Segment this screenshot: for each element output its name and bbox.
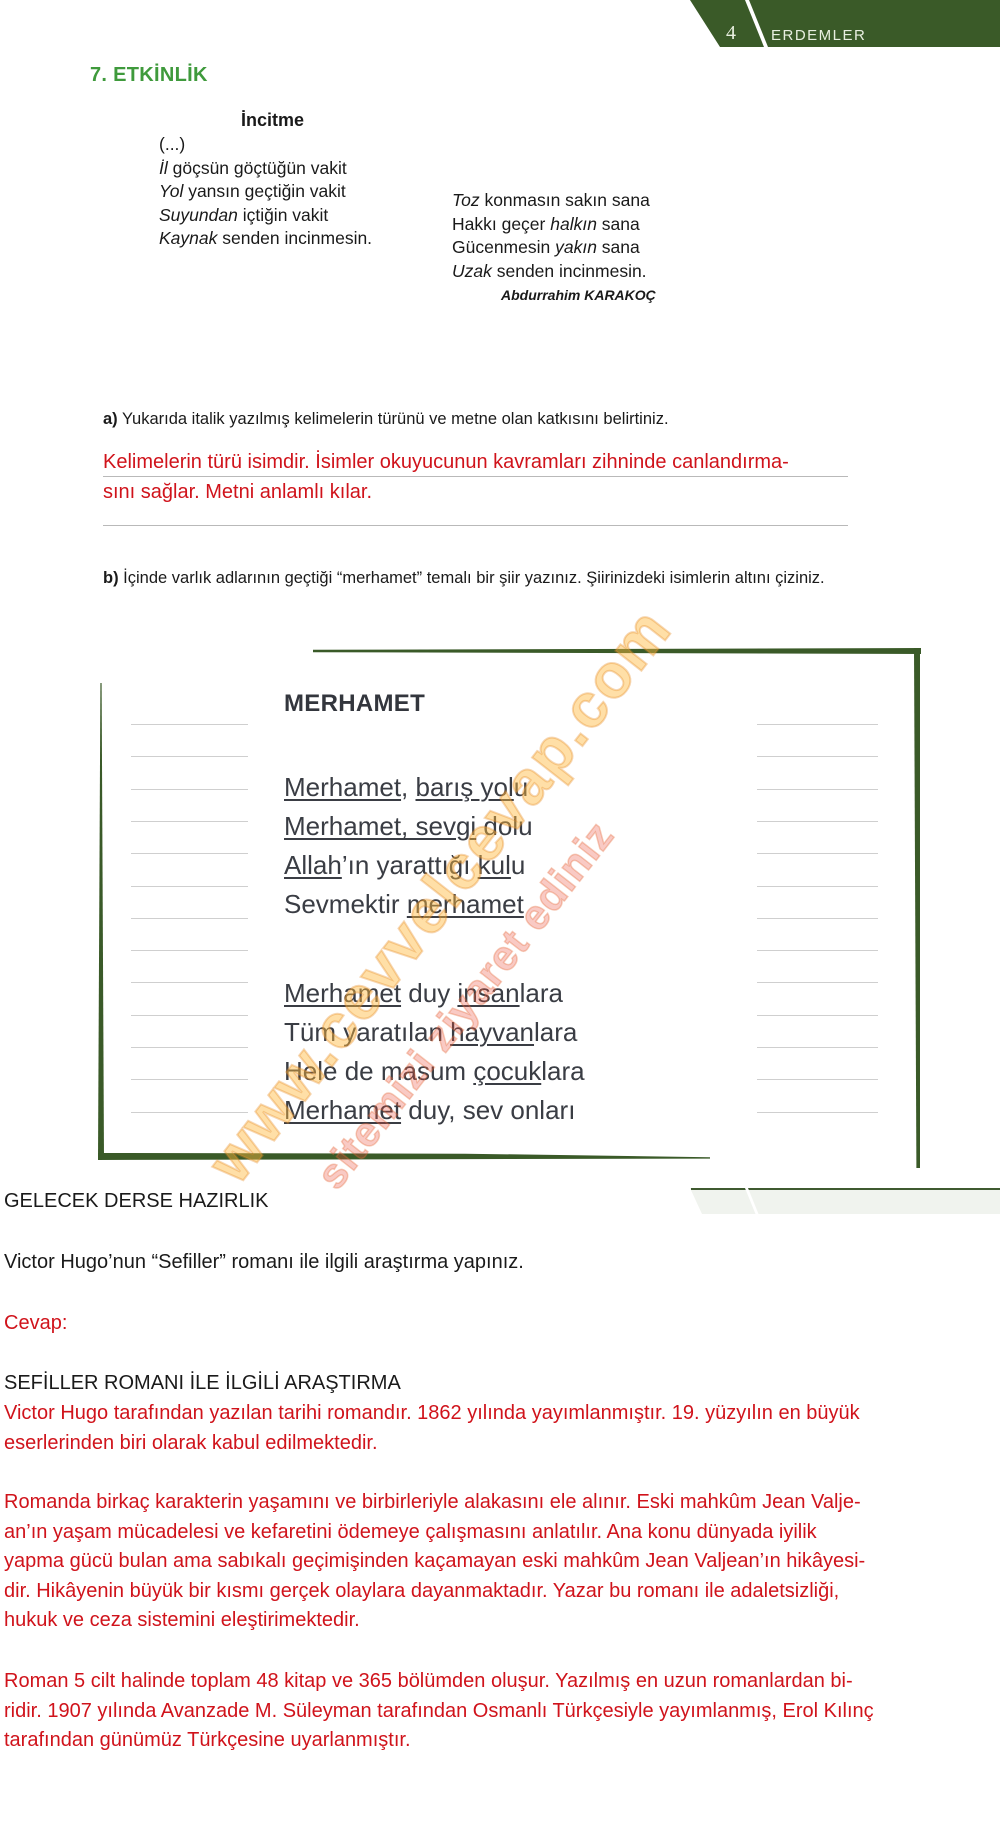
writing-line xyxy=(757,1015,878,1016)
frame-border-right xyxy=(914,648,920,1168)
answer-rule xyxy=(103,476,848,477)
italic-noun: Kaynak xyxy=(159,228,217,248)
paragraph-line: ridir. 1907 yılında Avanzade M. Süleyman… xyxy=(4,1697,1000,1727)
poem-line: (...) xyxy=(159,133,372,157)
research-paragraph-1: Victor Hugo tarafından yazılan tarihi ro… xyxy=(4,1399,1000,1458)
frame-border-top xyxy=(313,648,921,654)
poem-verse: Merhamet, barış yolu xyxy=(284,772,528,803)
writing-line xyxy=(757,724,878,725)
question-a-answer: Kelimelerin türü isimdir. İsimler okuyuc… xyxy=(103,447,923,507)
poem-verse: Merhamet, sevgi dolu xyxy=(284,811,533,842)
writing-line xyxy=(757,821,878,822)
writing-line xyxy=(757,853,878,854)
poem-verse: Allah’ın yarattığı kulu xyxy=(284,850,525,881)
activity-title: 7. ETKİNLİK xyxy=(90,64,208,87)
italic-noun: İl xyxy=(159,158,168,178)
poem-title: İncitme xyxy=(241,110,304,131)
italic-noun: yakın xyxy=(555,237,597,257)
poem-verse: Merhamet duy insanlara xyxy=(284,978,563,1009)
paragraph-line: an’ın yaşam mücadelesi ve kefaretini öde… xyxy=(4,1518,1000,1548)
writing-line xyxy=(757,756,878,757)
writing-line xyxy=(131,789,248,790)
underlined-noun: Merhamet xyxy=(284,1095,401,1125)
poem-author: Abdurrahim KARAKOÇ xyxy=(501,287,656,303)
underlined-noun: barış yol xyxy=(416,772,514,802)
underlined-noun: çocuk xyxy=(473,1056,541,1086)
poem-line: Gücenmesin yakın sana xyxy=(452,236,650,260)
writing-line xyxy=(757,1047,878,1048)
answer-line: Kelimelerin türü isimdir. İsimler okuyuc… xyxy=(103,447,923,477)
writing-line xyxy=(757,789,878,790)
question-a-label: a) xyxy=(103,410,118,428)
page-number: 4 xyxy=(726,22,736,45)
underlined-noun: Merhamet, sevgi xyxy=(284,811,476,841)
merhamet-poem-title: MERHAMET xyxy=(284,690,425,718)
poem-right-stanza: Toz konmasın sakın sanaHakkı geçer halkı… xyxy=(452,189,650,283)
poem-line: Yol yansın geçtiğin vakit xyxy=(159,180,372,204)
writing-line xyxy=(757,1112,878,1113)
writing-line xyxy=(131,853,248,854)
italic-noun: Yol xyxy=(159,181,183,201)
section-banner-line xyxy=(691,1188,1000,1190)
writing-line xyxy=(131,982,248,983)
writing-line xyxy=(131,918,248,919)
paragraph-line: hukuk ve ceza sistemini eleştirimektedir… xyxy=(4,1606,1000,1636)
paragraph-line: Victor Hugo tarafından yazılan tarihi ro… xyxy=(4,1399,1000,1429)
underlined-noun: hayvan xyxy=(450,1017,534,1047)
underlined-noun: kul xyxy=(478,850,511,880)
research-title: SEFİLLER ROMANI İLE İLGİLİ ARAŞTIRMA xyxy=(4,1372,401,1395)
answer-rule xyxy=(103,525,848,526)
paragraph-line: yapma gücü bulan ama sabıkalı geçimişind… xyxy=(4,1547,1000,1577)
poem-line: Toz konmasın sakın sana xyxy=(452,189,650,213)
poem-line: Kaynak senden incinmesin. xyxy=(159,227,372,251)
writing-line xyxy=(131,821,248,822)
answer-label: Cevap: xyxy=(4,1312,67,1335)
italic-noun: Toz xyxy=(452,190,480,210)
poem-line: Suyundan içtiğin vakit xyxy=(159,204,372,228)
paragraph-line: tarafından günümüz Türkçesine uyarlanmış… xyxy=(4,1726,1000,1756)
writing-line xyxy=(131,1112,248,1113)
unit-title: ERDEMLER xyxy=(771,27,866,44)
writing-line xyxy=(131,950,248,951)
next-lesson-task: Victor Hugo’nun “Sefiller” romanı ile il… xyxy=(4,1251,524,1274)
writing-line xyxy=(131,724,248,725)
writing-line xyxy=(131,756,248,757)
poem-line: Uzak senden incinmesin. xyxy=(452,260,650,284)
writing-line xyxy=(757,918,878,919)
writing-line xyxy=(131,1015,248,1016)
answer-line: sını sağlar. Metni anlamlı kılar. xyxy=(103,477,923,507)
poem-line: Hakkı geçer halkın sana xyxy=(452,213,650,237)
poem-line: İl göçsün göçtüğün vakit xyxy=(159,157,372,181)
question-b-text: İçinde varlık adlarının geçtiği “merhame… xyxy=(119,569,825,587)
writing-line xyxy=(131,1047,248,1048)
italic-noun: Uzak xyxy=(452,261,492,281)
paragraph-line: dir. Hikâyenin büyük bir kısmı gerçek ol… xyxy=(4,1577,1000,1607)
italic-noun: Suyundan xyxy=(159,205,238,225)
writing-line xyxy=(757,1079,878,1080)
question-a: a) Yukarıda italik yazılmış kelimelerin … xyxy=(103,407,913,431)
underlined-noun: Merhamet xyxy=(284,772,401,802)
writing-line xyxy=(131,1079,248,1080)
section-banner xyxy=(690,1188,1000,1214)
writing-line xyxy=(131,886,248,887)
poem-verse: Hele de masum çocuklara xyxy=(284,1056,585,1087)
poem-verse: Merhamet duy, sev onları xyxy=(284,1095,575,1126)
underlined-noun: merhamet xyxy=(407,889,524,919)
writing-line xyxy=(757,886,878,887)
writing-line xyxy=(757,950,878,951)
poem-verse: Tüm yaratılan hayvanlara xyxy=(284,1017,577,1048)
underlined-noun: Merhamet xyxy=(284,978,401,1008)
frame-border-bottom xyxy=(98,1153,710,1160)
question-b-label: b) xyxy=(103,569,119,587)
research-paragraph-3: Roman 5 cilt halinde toplam 48 kitap ve … xyxy=(4,1667,1000,1756)
frame-border-left xyxy=(98,683,104,1159)
italic-noun: halkın xyxy=(550,214,597,234)
next-lesson-heading: GELECEK DERSE HAZIRLIK xyxy=(4,1190,269,1213)
underlined-noun: insan xyxy=(457,978,519,1008)
writing-line xyxy=(757,982,878,983)
paragraph-line: eserlerinden biri olarak kabul edilmekte… xyxy=(4,1429,1000,1459)
research-paragraph-2: Romanda birkaç karakterin yaşamını ve bi… xyxy=(4,1488,1000,1636)
paragraph-line: Romanda birkaç karakterin yaşamını ve bi… xyxy=(4,1488,1000,1518)
question-b: b) İçinde varlık adlarının geçtiği “merh… xyxy=(103,566,913,590)
poem-verse: Sevmektir merhamet xyxy=(284,889,524,920)
question-a-text: Yukarıda italik yazılmış kelimelerin tür… xyxy=(118,410,669,428)
poem-left-stanza: (...)İl göçsün göçtüğün vakitYol yansın … xyxy=(159,133,372,251)
underlined-noun: Allah xyxy=(284,850,342,880)
paragraph-line: Roman 5 cilt halinde toplam 48 kitap ve … xyxy=(4,1667,1000,1697)
